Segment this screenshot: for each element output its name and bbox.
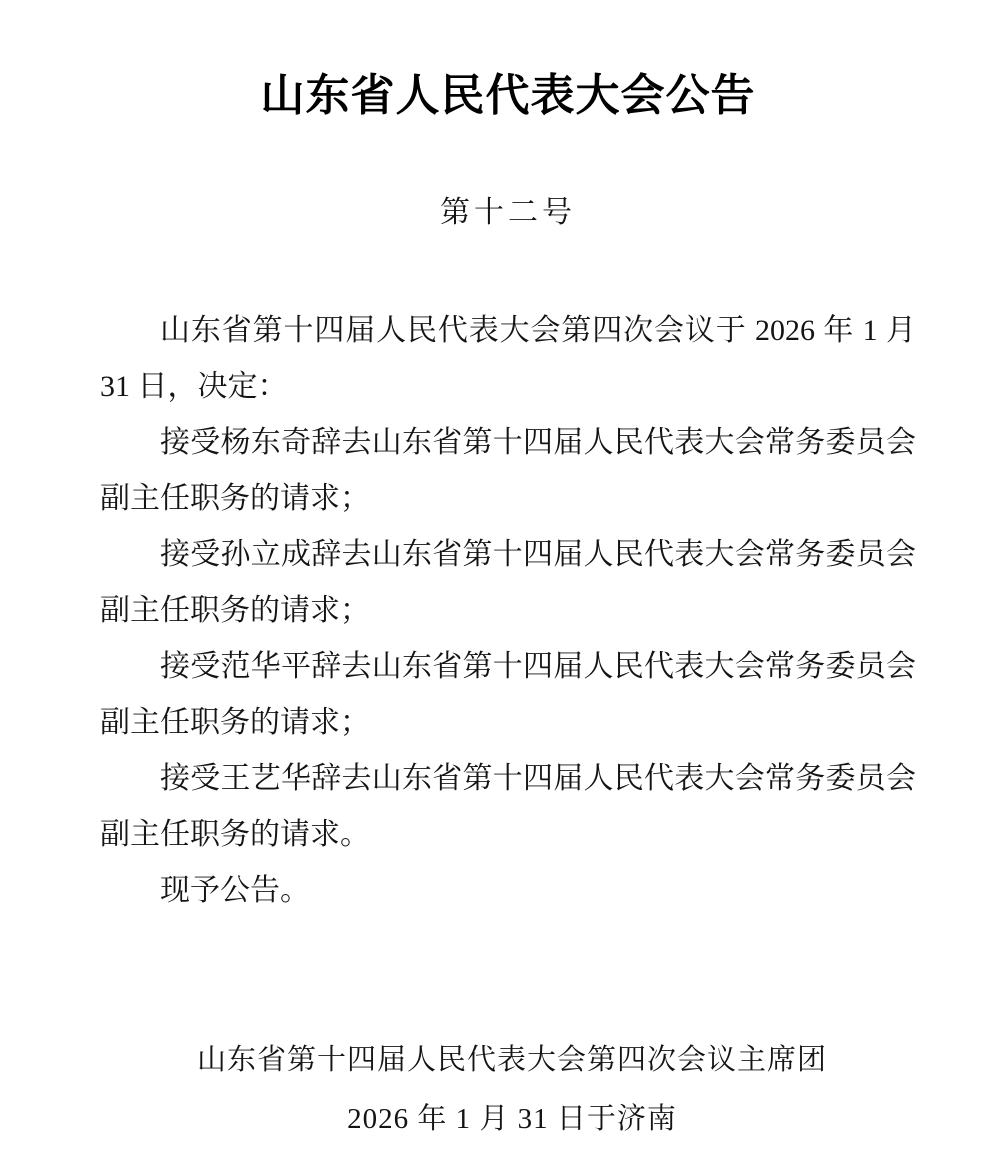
body-paragraph-resignation-4: 接受王艺华辞去山东省第十四届人民代表大会常务委员会副主任职务的请求。 [100,751,916,863]
body-paragraph-decision: 山东省第十四届人民代表大会第四次会议于 2026 年 1 月 31 日，决定： [100,303,916,415]
body-paragraph-closing: 现予公告。 [100,863,916,919]
document-body: 山东省第十四届人民代表大会第四次会议于 2026 年 1 月 31 日，决定： … [0,303,1000,919]
issue-number: 第十二号 [0,196,1000,230]
document-title: 山东省人民代表大会公告 [0,0,1000,120]
body-paragraph-resignation-2: 接受孙立成辞去山东省第十四届人民代表大会常务委员会副主任职务的请求； [100,527,916,639]
date-place-line: 2026 年 1 月 31 日于济南 [24,1090,1000,1149]
signature-line: 山东省第十四届人民代表大会第四次会议主席团 [24,1031,1000,1090]
body-paragraph-resignation-3: 接受范华平辞去山东省第十四届人民代表大会常务委员会副主任职务的请求； [100,639,916,751]
body-paragraph-resignation-1: 接受杨东奇辞去山东省第十四届人民代表大会常务委员会副主任职务的请求； [100,415,916,527]
signature-block: 山东省第十四届人民代表大会第四次会议主席团 2026 年 1 月 31 日于济南 [0,1031,1000,1149]
document-page: 山东省人民代表大会公告 第十二号 山东省第十四届人民代表大会第四次会议于 202… [0,0,1000,1168]
